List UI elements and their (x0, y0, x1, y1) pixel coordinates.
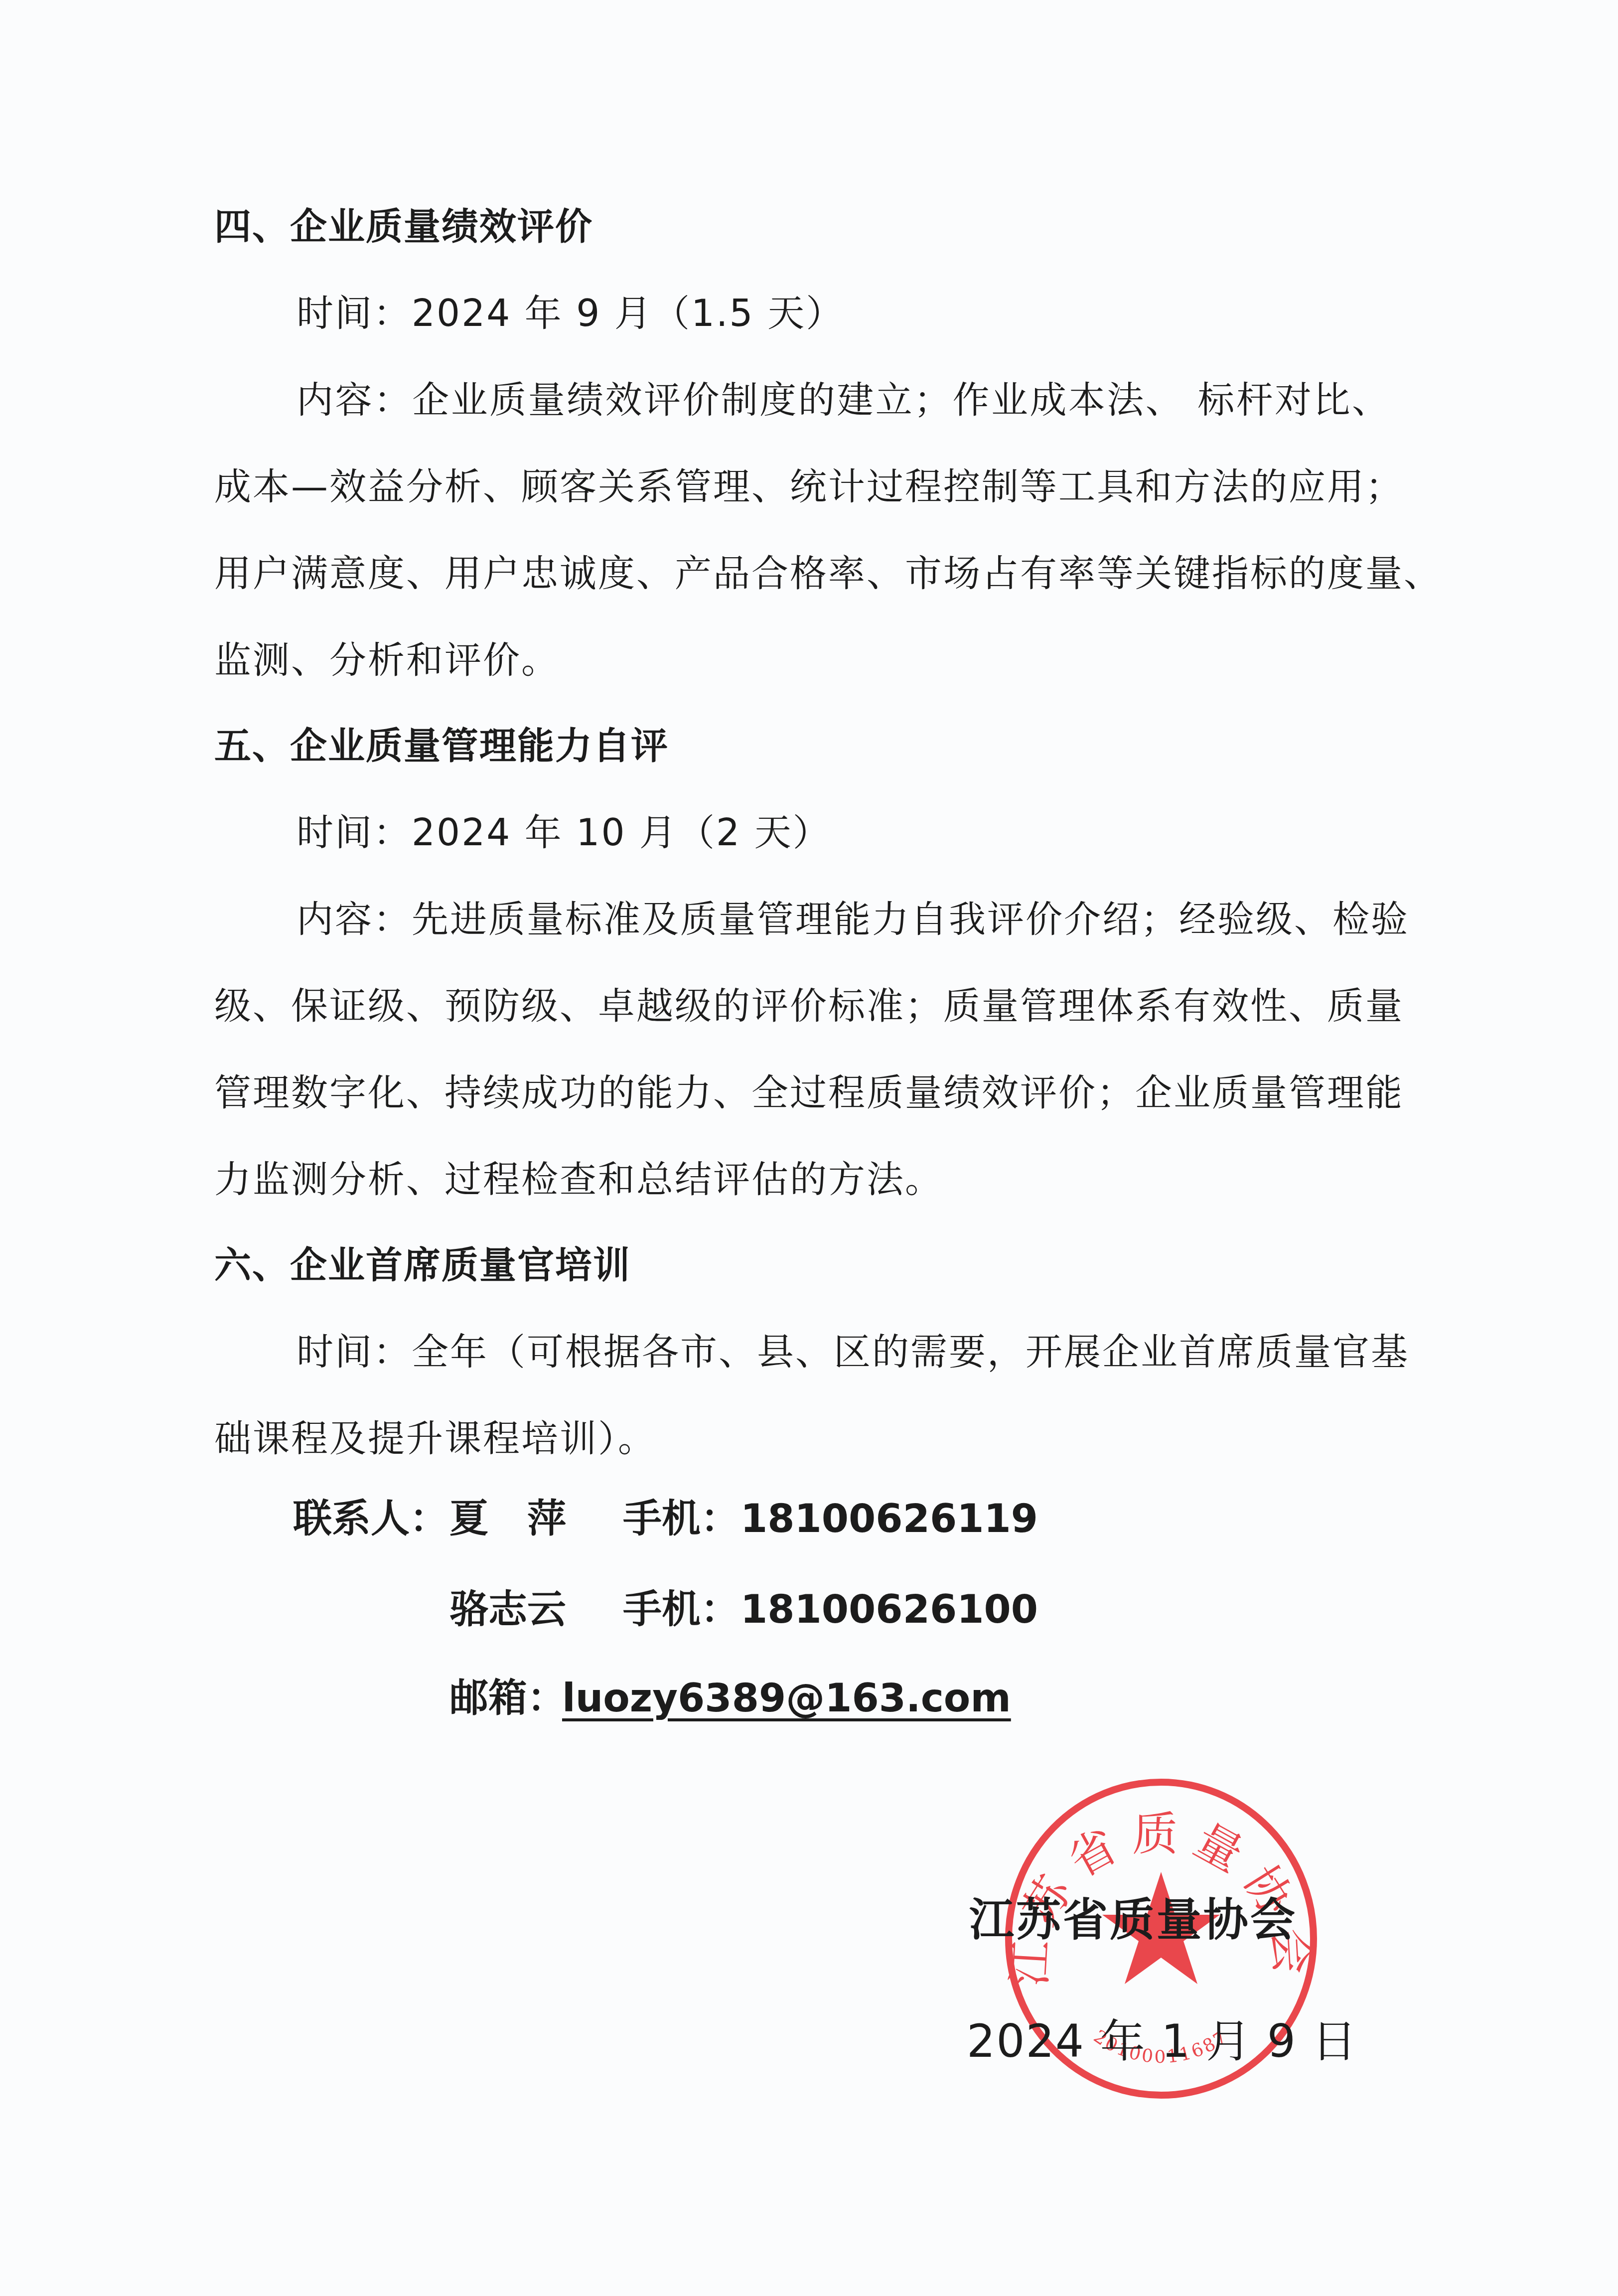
section-4-content-line-3: 用户满意度、用户忠诚度、产品合格率、市场占有率等关键指标的度量、 (214, 551, 1390, 596)
contact-phone-1[interactable]: 18100626119 (740, 1495, 1038, 1543)
section-5-content-line-2: 级、保证级、预防级、卓越级的评价标准；质量管理体系有效性、质量 (214, 984, 1390, 1029)
section-4-time: 时间：2024 年 9 月（1.5 天） (296, 291, 844, 336)
section-5-content-line-1: 内容：先进质量标准及质量管理能力自我评价介绍；经验级、检验 (296, 897, 1390, 942)
contact-phone-label-2: 手机： (623, 1586, 739, 1634)
signature-date: 2024 年 1 月 9 日 (967, 2014, 1358, 2069)
contact-name-1: 夏 萍 (449, 1495, 566, 1543)
section-heading-4: 四、企业质量绩效评价 (214, 204, 593, 249)
section-4-content-line-1: 内容：企业质量绩效评价制度的建立；作业成本法、 标杆对比、 (296, 378, 1390, 423)
contact-label: 联系人： (293, 1495, 448, 1543)
document-page: 四、企业质量绩效评价 时间：2024 年 9 月（1.5 天） 内容：企业质量绩… (0, 0, 1618, 2296)
email-label: 邮箱： (449, 1675, 566, 1722)
section-6-time-line-1: 时间：全年（可根据各市、县、区的需要，开展企业首席质量官基 (296, 1330, 1390, 1375)
contact-phone-label-1: 手机： (623, 1495, 739, 1543)
section-5-content-line-4: 力监测分析、过程检查和总结评估的方法。 (214, 1157, 1390, 1202)
email-link[interactable]: luozy6389@163.com (562, 1675, 1011, 1722)
section-4-content-line-4: 监测、分析和评价。 (214, 638, 1390, 683)
signature-organization: 江苏省质量协会 (969, 1893, 1297, 1948)
section-5-time: 时间：2024 年 10 月（2 天） (296, 810, 831, 855)
contact-name-2: 骆志云 (449, 1586, 566, 1634)
section-4-content-line-2: 成本—效益分析、顾客关系管理、统计过程控制等工具和方法的应用； (214, 464, 1390, 509)
contact-phone-2[interactable]: 18100626100 (740, 1586, 1038, 1634)
section-6-time-line-2: 础课程及提升课程培训）。 (214, 1416, 1390, 1461)
section-heading-5: 五、企业质量管理能力自评 (214, 724, 669, 768)
section-5-content-line-3: 管理数字化、持续成功的能力、全过程质量绩效评价；企业质量管理能 (214, 1071, 1390, 1115)
section-heading-6: 六、企业首席质量官培训 (214, 1243, 631, 1288)
